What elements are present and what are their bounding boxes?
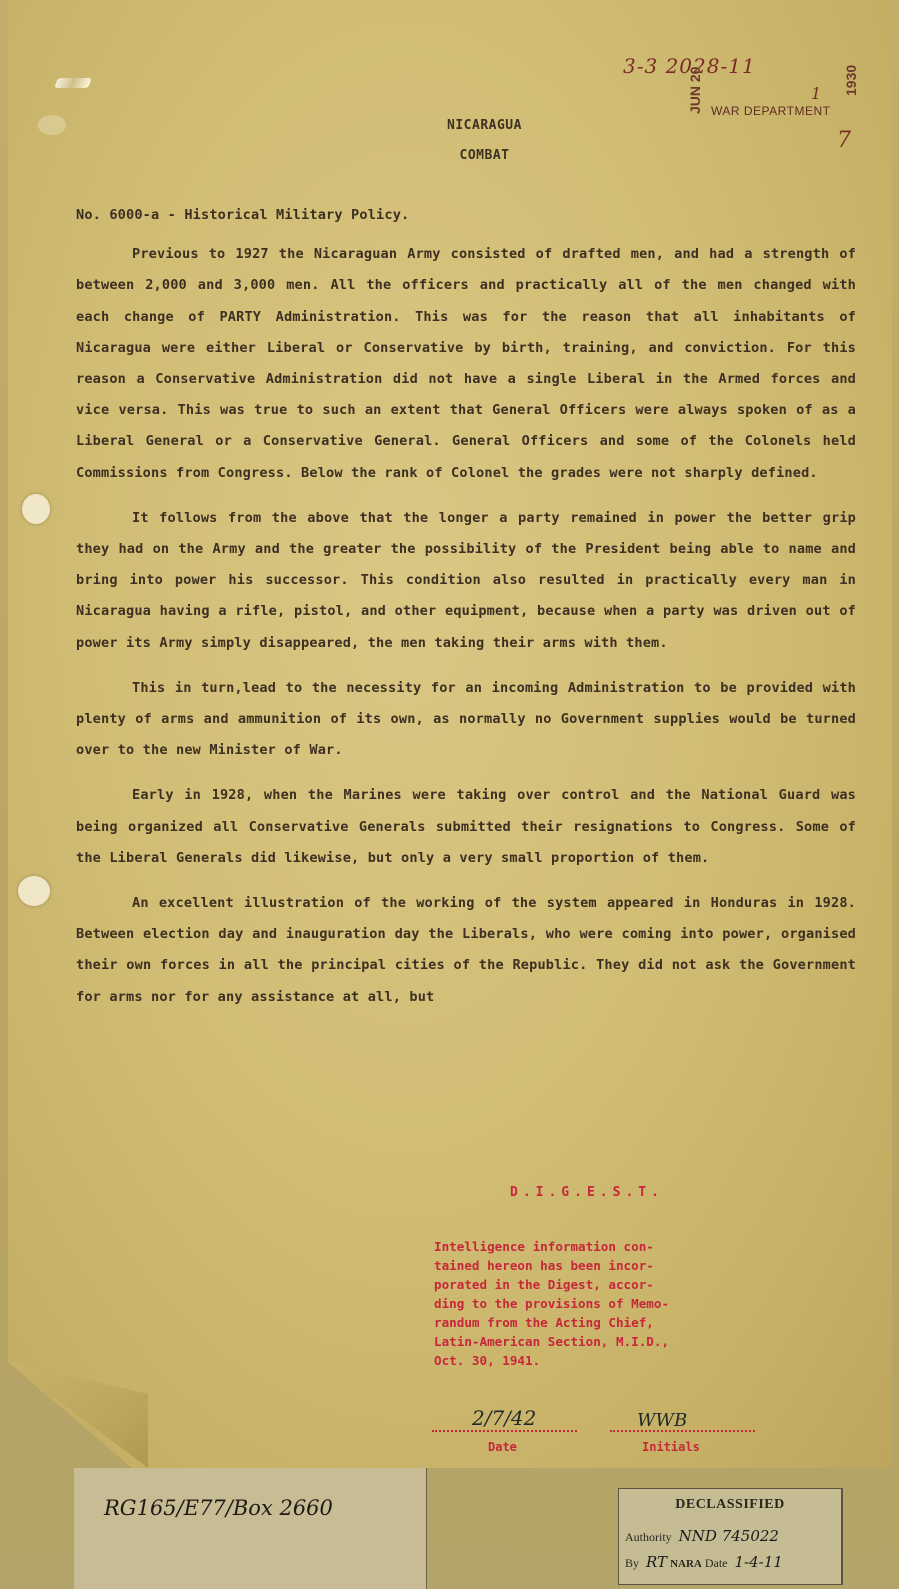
punch-hole-bottom [18, 876, 50, 906]
declass-date-value: 1-4-11 [735, 1553, 783, 1571]
by-row: By RT NARA Date 1-4-11 [625, 1553, 783, 1571]
declassified-title: DECLASSIFIED [619, 1497, 841, 1513]
by-label: By [625, 1556, 639, 1570]
receipt-stamp-area: 3-3 2028-11 1 JUN 20 1930 WAR DEPARTMENT… [581, 24, 871, 154]
digest-signature-row: 2/7/42 WWB Date Initials [432, 1418, 812, 1458]
paragraph: Previous to 1927 the Nicaraguan Army con… [76, 239, 856, 489]
authority-row: Authority NND 745022 [625, 1527, 779, 1545]
paragraph: Early in 1928, when the Marines were tak… [76, 780, 856, 874]
declassified-stamp: DECLASSIFIED Authority NND 745022 By RT … [618, 1488, 843, 1585]
archive-reference: RG165/E77/Box 2660 [104, 1496, 333, 1520]
received-stamp-department: WAR DEPARTMENT [711, 104, 830, 118]
digest-stamp-line: Intelligence information con- [434, 1237, 814, 1256]
digest-overprint: D.I.G.E.S.T. [510, 1185, 664, 1200]
agency-name: NARA [670, 1558, 702, 1570]
document-subject: No. 6000-a - Historical Military Policy. [76, 200, 856, 231]
digest-stamp: Intelligence information con- tained her… [434, 1237, 814, 1370]
handwritten-initials: WWB [637, 1410, 687, 1431]
punch-hole-top [22, 494, 50, 524]
staple-clip-icon [54, 78, 92, 88]
by-value: RT [646, 1553, 667, 1571]
file-sub-number: 1 [811, 84, 821, 103]
paragraph: This in turn,lead to the necessity for a… [76, 673, 856, 767]
handwritten-date: 2/7/42 [472, 1406, 536, 1430]
initials-label: Initials [642, 1440, 700, 1454]
archive-label-card: RG165/E77/Box 2660 [74, 1468, 427, 1589]
received-stamp-date: JUN 20 [687, 67, 703, 114]
digest-stamp-line: Latin-American Section, M.I.D., [434, 1332, 814, 1351]
digest-stamp-line: porated in the Digest, accor- [434, 1275, 814, 1294]
digest-stamp-line: ding to the provisions of Memo- [434, 1294, 814, 1313]
digest-stamp-line: tained hereon has been incor- [434, 1256, 814, 1275]
date-line [432, 1430, 577, 1432]
digest-stamp-line: Oct. 30, 1941. [434, 1351, 814, 1370]
declass-date-label: Date [705, 1556, 728, 1570]
digest-stamp-line: randum from the Acting Chief, [434, 1313, 814, 1332]
authority-value: NND 745022 [679, 1527, 779, 1545]
authority-label: Authority [625, 1530, 672, 1544]
document-category: COMBAT [0, 148, 899, 163]
paragraph: An excellent illustration of the working… [76, 888, 856, 1013]
paragraph: It follows from the above that the longe… [76, 503, 856, 659]
date-label: Date [488, 1440, 517, 1454]
document-country: NICARAGUA [0, 118, 899, 133]
received-stamp-year: 1930 [843, 65, 859, 96]
document-body: No. 6000-a - Historical Military Policy.… [76, 200, 856, 1013]
